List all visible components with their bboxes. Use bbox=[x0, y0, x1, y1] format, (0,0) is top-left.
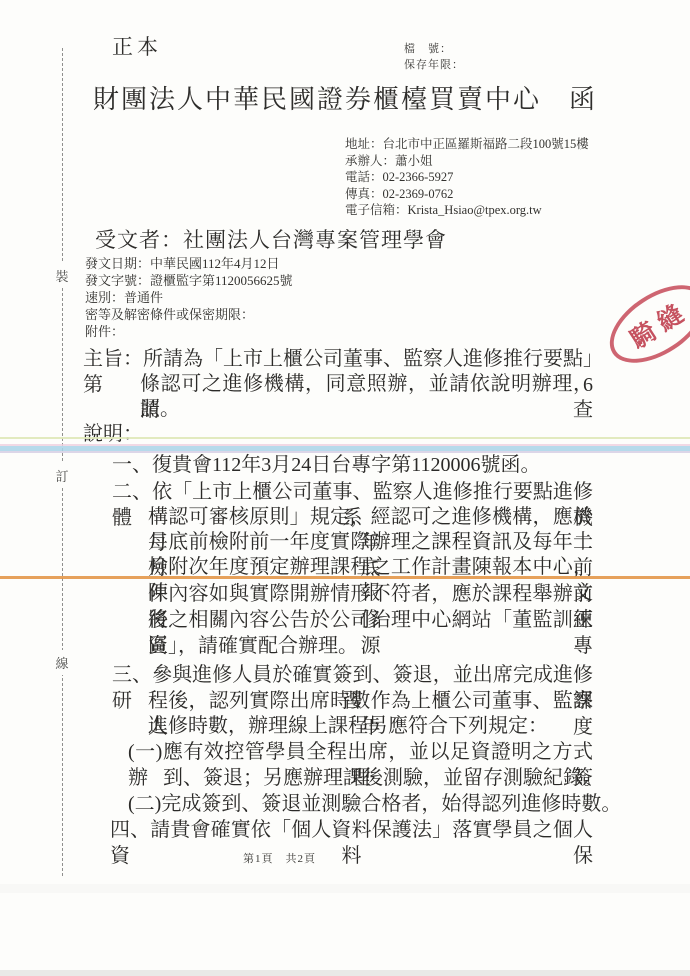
body-line: 進修時數，辦理線上課程另應符合下列規定： bbox=[148, 713, 548, 739]
secrecy-level: 密等及解密條件或保密期限： bbox=[85, 306, 293, 323]
subject-line: 照。 bbox=[140, 396, 180, 422]
binding-mark-xian: 線 bbox=[55, 650, 68, 675]
document-title: 財團法人中華民國證券櫃檯買賣中心 函 bbox=[0, 79, 690, 116]
body-line-item1: 一、復貴會112年3月24日台專字第1120006號函。 bbox=[112, 452, 541, 478]
scan-faint-band bbox=[0, 884, 690, 893]
sender-email: 電子信箱：Krista_Hsiao@tpex.org.tw bbox=[345, 202, 589, 219]
body-line-item3: 三、參與進修人員於確實簽到、簽退，並出席完成進修研習課 bbox=[112, 662, 593, 688]
sender-contact-person: 承辦人：蕭小姐 bbox=[345, 153, 589, 170]
binding-dotted-line bbox=[62, 48, 63, 876]
body-line: 程後，認列實際出席時數作為上櫃公司董事、監察人年度 bbox=[148, 688, 593, 714]
body-line: 件內容如與實際開辦情形不符者，應於課程舉辦前將修正 bbox=[148, 581, 593, 607]
body-line: 構認可審核原則」規定，經認可之進修機構，應於每年二 bbox=[148, 504, 593, 530]
binding-mark-zhuang: 裝 bbox=[55, 263, 68, 288]
qifeng-seam-stamp: 騎縫 bbox=[596, 269, 690, 378]
body-line: 月底前檢附前一年度實際辦理之課程資訊及每年十月底前 bbox=[148, 529, 593, 555]
subject-line: 主旨：所請為「上市上櫃公司董事、監察人進修推行要點」第6 bbox=[83, 346, 593, 372]
sender-info-block: 地址：台北市中正區羅斯福路二段100號15樓 承辦人：蕭小姐 電話：02-236… bbox=[345, 136, 589, 219]
body-line: 區」，請確實配合辦理。 bbox=[148, 633, 358, 659]
body-line-subitem1: (一)應有效控管學員全程出席，並以足資證明之方式辦理簽 bbox=[128, 739, 593, 765]
explanation-heading: 說明： bbox=[83, 421, 143, 447]
retention-period-label: 保存年限： bbox=[404, 56, 464, 72]
document-page: 正本 檔 號： 保存年限： 財團法人中華民國證券櫃檯買賣中心 函 地址：台北市中… bbox=[0, 0, 690, 976]
subject-line: 條認可之進修機構，同意照辦，並請依說明辦理，請查 bbox=[140, 371, 593, 397]
body-line-item2: 二、依「上市上櫃公司董事、監察人進修推行要點進修體系機 bbox=[112, 479, 593, 505]
sender-phone: 電話：02-2366-5927 bbox=[345, 169, 589, 186]
body-line: 檢附次年度預定辦理課程之工作計畫陳報本中心，陳報文 bbox=[148, 554, 593, 580]
recipient-line: 受文者：社團法人台灣專案管理學會 bbox=[95, 224, 447, 254]
page-footer: 第1頁 共2頁 bbox=[243, 850, 316, 866]
body-line: 後之相關內容公告於公司治理中心網站「董監訓練資源專 bbox=[148, 607, 593, 633]
body-line-item4: 四、請貴會確實依「個人資料保護法」落實學員之個人資料保 bbox=[110, 817, 593, 843]
delivery-speed: 速別：普通件 bbox=[85, 289, 293, 306]
file-number-label: 檔 號： bbox=[404, 40, 452, 56]
document-meta-block: 發文日期：中華民國112年4月12日 發文字號：證櫃監字第1120056625號… bbox=[85, 255, 293, 340]
body-line-subitem2: (二)完成簽到、簽退並測驗合格者，始得認列進修時數。 bbox=[128, 791, 621, 817]
attachment-label: 附件： bbox=[85, 323, 293, 340]
issue-date: 發文日期：中華民國112年4月12日 bbox=[85, 255, 293, 272]
binding-mark-ding: 訂 bbox=[55, 463, 68, 488]
sender-fax: 傳真：02-2369-0762 bbox=[345, 186, 589, 203]
scan-bottom-edge bbox=[0, 970, 690, 976]
stamp-text: 騎縫 bbox=[622, 291, 690, 356]
sender-address: 地址：台北市中正區羅斯福路二段100號15樓 bbox=[345, 136, 589, 153]
body-line: 到、簽退；另應辦理課後測驗，並留存測驗紀錄。 bbox=[163, 765, 603, 791]
copy-type-label: 正本 bbox=[112, 31, 162, 61]
document-number: 發文字號：證櫃監字第1120056625號 bbox=[85, 272, 293, 289]
